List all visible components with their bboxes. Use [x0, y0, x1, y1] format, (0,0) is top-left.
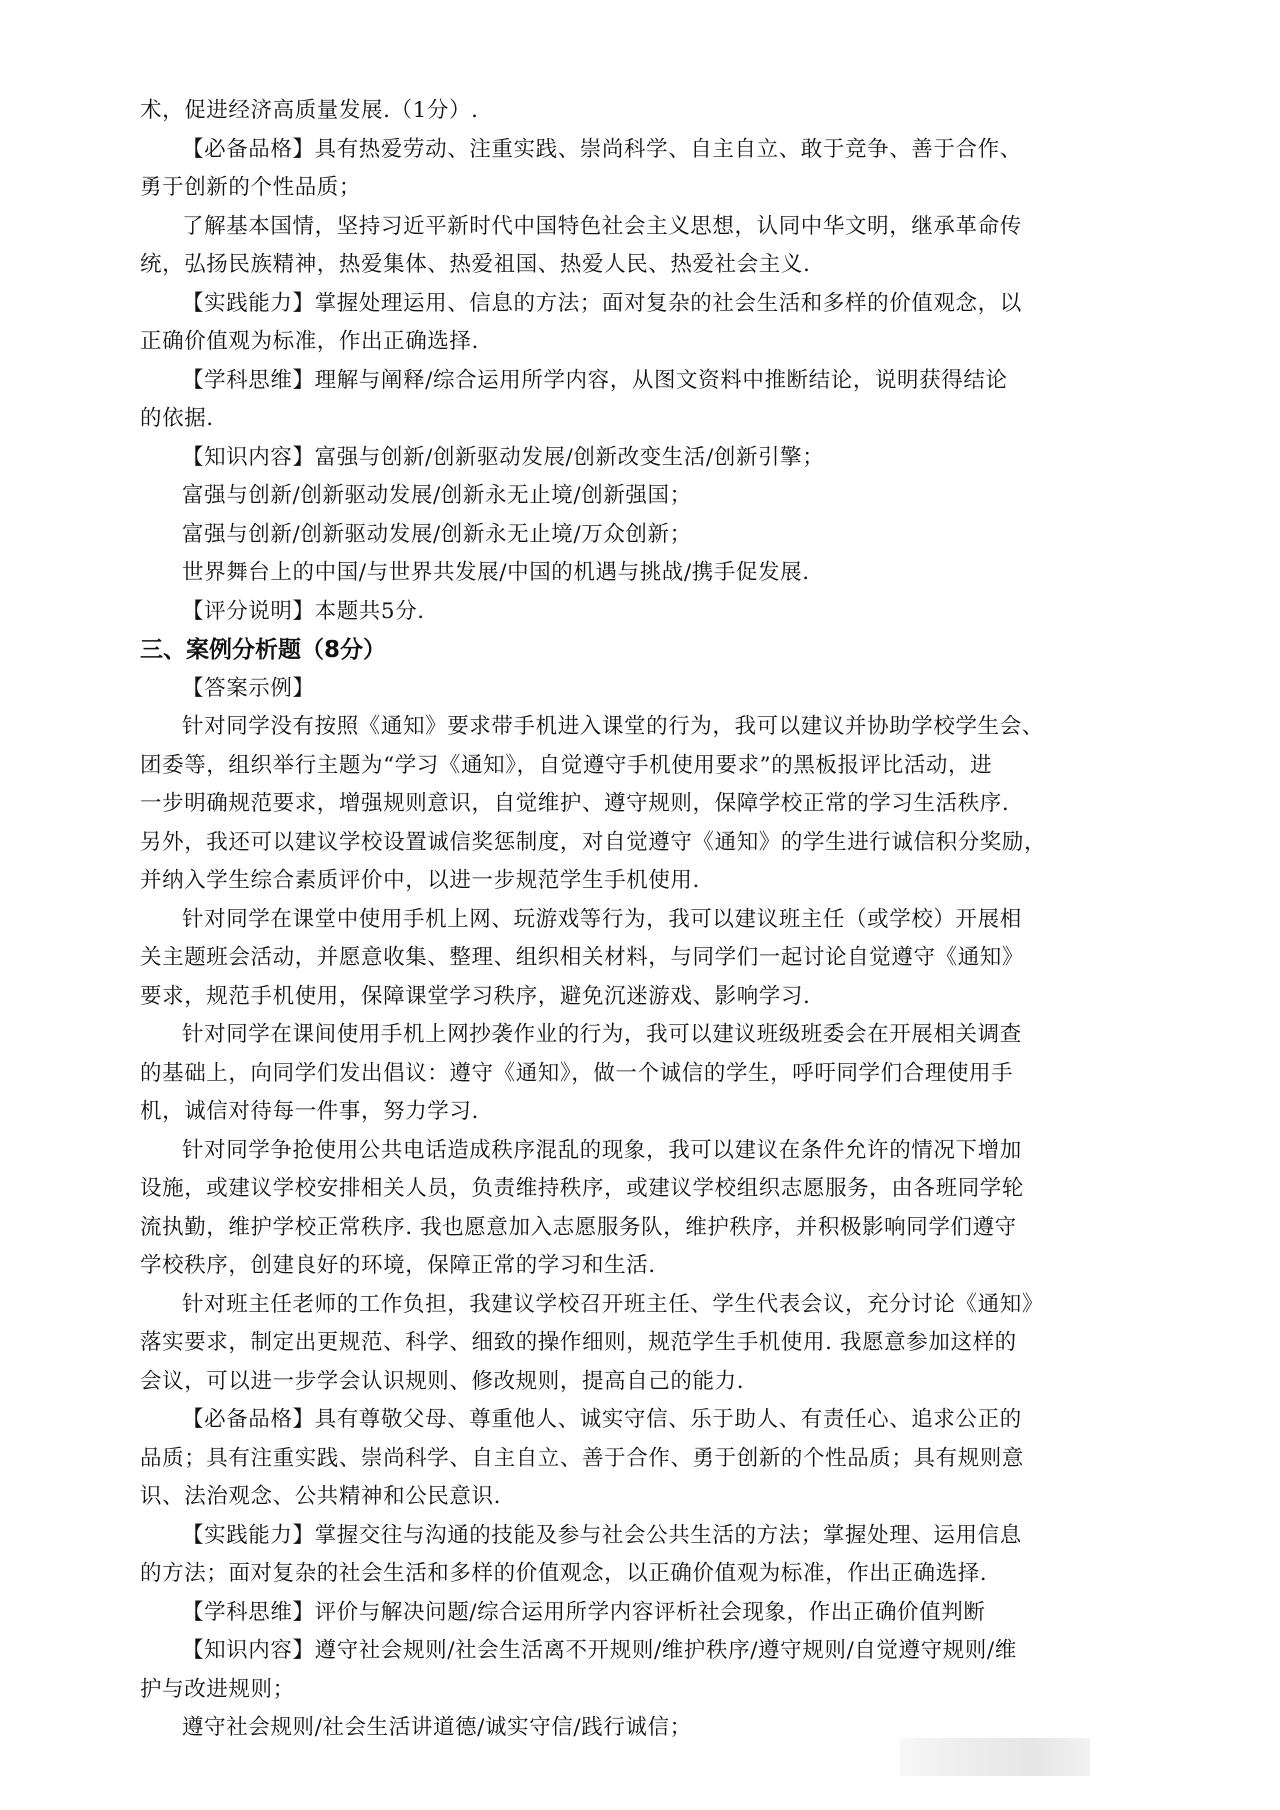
section-tag: 【知识内容】 [182, 1638, 315, 1663]
text-line: 术，促进经济高质量发展.（1分）. [140, 92, 1140, 131]
text-line: 富强与创新/创新驱动发展/创新永无止境/万众创新； [140, 516, 1140, 555]
text-line: 【实践能力】掌握处理运用、信息的方法；面对复杂的社会生活和多样的价值观念，以 [140, 285, 1140, 324]
text-line: 会议，可以进一步学会认识规则、修改规则，提高自己的能力. [140, 1363, 1140, 1402]
text-line: 的基础上，向同学们发出倡议：遵守《通知》，做一个诚信的学生，呼吁同学们合理使用手 [140, 1055, 1140, 1094]
text-line: 针对班主任老师的工作负担，我建议学校召开班主任、学生代表会议，充分讨论《通知》 [140, 1286, 1140, 1325]
text-line: 另外，我还可以建议学校设置诚信奖惩制度，对自觉遵守《通知》的学生进行诚信积分奖励… [140, 824, 1140, 863]
text-line: 针对同学在课间使用手机上网抄袭作业的行为，我可以建议班级班委会在开展相关调查 [140, 1016, 1140, 1055]
section-tag: 【实践能力】 [182, 291, 315, 316]
section-tag: 【学科思维】 [182, 1600, 315, 1625]
text-line: 【学科思维】理解与阐释/综合运用所学内容，从图文资料中推断结论，说明获得结论 [140, 362, 1140, 401]
text-line: 统，弘扬民族精神，热爱集体、热爱祖国、热爱人民、热爱社会主义. [140, 246, 1140, 285]
text-line: 【必备品格】具有热爱劳动、注重实践、崇尚科学、自主自立、敢于竞争、善于合作、 [140, 131, 1140, 170]
text-line: 【必备品格】具有尊敬父母、尊重他人、诚实守信、乐于助人、有责任心、追求公正的 [140, 1401, 1140, 1440]
section-tag: 【学科思维】 [182, 368, 315, 393]
text-line: 针对同学没有按照《通知》要求带手机进入课堂的行为，我可以建议并协助学校学生会、 [140, 708, 1140, 747]
text-line: 【学科思维】评价与解决问题/综合运用所学内容评析社会现象，作出正确价值判断 [140, 1594, 1140, 1633]
text-line: 机，诚信对待每一件事，努力学习. [140, 1093, 1140, 1132]
text-line: 【评分说明】本题共5分. [140, 593, 1140, 632]
text-line: 正确价值观为标准，作出正确选择. [140, 323, 1140, 362]
text-line: 团委等，组织举行主题为“学习《通知》，自觉遵守手机使用要求”的黑板报评比活动，进 [140, 747, 1140, 786]
text-line: 富强与创新/创新驱动发展/创新永无止境/创新强国； [140, 477, 1140, 516]
blurred-watermark [900, 1738, 1090, 1776]
text-line: 针对同学在课堂中使用手机上网、玩游戏等行为，我可以建议班主任（或学校）开展相 [140, 901, 1140, 940]
text-line: 【知识内容】遵守社会规则/社会生活离不开规则/维护秩序/遵守规则/自觉遵守规则/… [140, 1632, 1140, 1671]
section-tag: 【知识内容】 [182, 445, 315, 470]
text-line: 要求，规范手机使用，保障课堂学习秩序，避免沉迷游戏、影响学习. [140, 978, 1140, 1017]
text-line: 并纳入学生综合素质评价中，以进一步规范学生手机使用. [140, 862, 1140, 901]
text-line: 针对同学争抢使用公共电话造成秩序混乱的现象，我可以建议在条件允许的情况下增加 [140, 1132, 1140, 1171]
text-line: 识、法治观念、公共精神和公民意识. [140, 1478, 1140, 1517]
section-tag: 【评分说明】 [182, 599, 315, 624]
text-line: 了解基本国情，坚持习近平新时代中国特色社会主义思想，认同中华文明，继承革命传 [140, 208, 1140, 247]
text-line: 【实践能力】掌握交往与沟通的技能及参与社会公共生活的方法；掌握处理、运用信息 [140, 1517, 1140, 1556]
text-line: 护与改进规则； [140, 1671, 1140, 1710]
section-tag: 【实践能力】 [182, 1523, 315, 1548]
text-line: 【知识内容】富强与创新/创新驱动发展/创新改变生活/创新引擎； [140, 439, 1140, 478]
section-tag: 【答案示例】 [182, 676, 315, 701]
text-line: 学校秩序，创建良好的环境，保障正常的学习和生活. [140, 1247, 1140, 1286]
text-line: 落实要求，制定出更规范、科学、细致的操作细则，规范学生手机使用. 我愿意参加这样… [140, 1324, 1140, 1363]
section-heading: 三、案例分析题（8分） [140, 631, 1140, 670]
text-line: 的依据. [140, 400, 1140, 439]
document-page: 术，促进经济高质量发展.（1分）. 【必备品格】具有热爱劳动、注重实践、崇尚科学… [140, 92, 1140, 1748]
text-line: 的方法；面对复杂的社会生活和多样的价值观念，以正确价值观为标准，作出正确选择. [140, 1555, 1140, 1594]
section-tag: 【必备品格】 [182, 1407, 315, 1432]
text-line: 勇于创新的个性品质； [140, 169, 1140, 208]
text-line: 一步明确规范要求，增强规则意识，自觉维护、遵守规则，保障学校正常的学习生活秩序. [140, 785, 1140, 824]
text-line: 【答案示例】 [140, 670, 1140, 709]
text-line: 流执勤，维护学校正常秩序. 我也愿意加入志愿服务队，维护秩序，并积极影响同学们遵… [140, 1209, 1140, 1248]
text-line: 品质；具有注重实践、崇尚科学、自主自立、善于合作、勇于创新的个性品质；具有规则意 [140, 1440, 1140, 1479]
text-line: 关主题班会活动，并愿意收集、整理、组织相关材料，与同学们一起讨论自觉遵守《通知》 [140, 939, 1140, 978]
text-line: 世界舞台上的中国/与世界共发展/中国的机遇与挑战/携手促发展. [140, 554, 1140, 593]
text-line: 设施，或建议学校安排相关人员，负责维持秩序，或建议学校组织志愿服务，由各班同学轮 [140, 1170, 1140, 1209]
section-tag: 【必备品格】 [182, 137, 315, 162]
